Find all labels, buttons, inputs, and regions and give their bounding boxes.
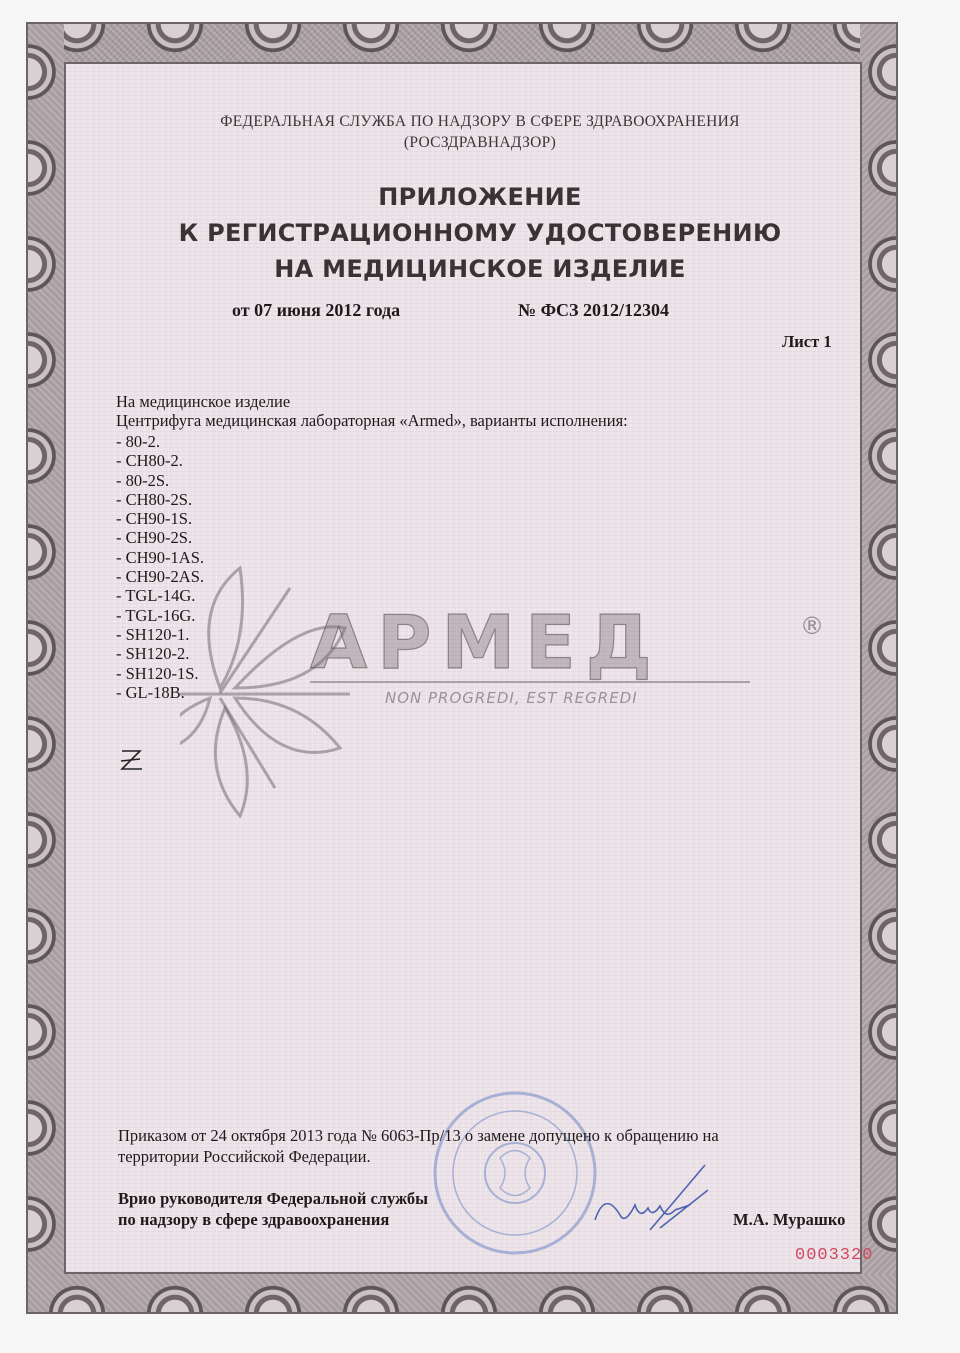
device-description: Центрифуга медицинская лабораторная «Arm… <box>116 411 628 431</box>
variant-item: - CH90-1AS. <box>116 548 204 567</box>
document-title-line2: К РЕГИСТРАЦИОННОМУ УДОСТОВЕРЕНИЮ <box>0 219 960 247</box>
signer-name: М.А. Мурашко <box>733 1210 845 1230</box>
handwritten-mark-icon <box>118 745 148 775</box>
variant-item: - TGL-16G. <box>116 606 204 625</box>
signer-title-line1: Врио руководителя Федеральной службы <box>118 1189 428 1209</box>
agency-name: ФЕДЕРАЛЬНАЯ СЛУЖБА ПО НАДЗОРУ В СФЕРЕ ЗД… <box>0 113 960 131</box>
variant-item: - 80-2S. <box>116 471 204 490</box>
ornamental-border-left <box>28 24 64 1312</box>
variant-item: - TGL-14G. <box>116 586 204 605</box>
registration-number: № ФСЗ 2012/12304 <box>518 300 669 321</box>
ornamental-border-right <box>860 24 896 1312</box>
order-text-line2: территории Российской Федерации. <box>118 1147 371 1167</box>
signer-title-line2: по надзору в сфере здравоохранения <box>118 1210 389 1230</box>
watermark-motto: NON PROGREDI, EST REGREDI <box>385 689 638 707</box>
order-text-line1: Приказом от 24 октября 2013 года № 6063-… <box>118 1126 719 1146</box>
registered-trademark-icon: ® <box>800 612 824 640</box>
official-seal-stamp-icon <box>430 1088 600 1258</box>
signature-icon <box>590 1160 710 1240</box>
variant-item: - 80-2. <box>116 432 204 451</box>
variant-item: - CH80-2S. <box>116 490 204 509</box>
armed-watermark-brand: АРМЕД <box>310 600 662 686</box>
issue-date: от 07 июня 2012 года <box>232 300 400 321</box>
sheet-number: Лист 1 <box>782 332 832 352</box>
variant-item: - SH120-2. <box>116 644 204 663</box>
ornamental-border-bottom <box>28 1274 896 1312</box>
variant-item: - SH120-1S. <box>116 664 204 683</box>
intro-text: На медицинское изделие <box>116 392 290 412</box>
variant-item: - CH90-1S. <box>116 509 204 528</box>
document-title-line1: ПРИЛОЖЕНИЕ <box>0 183 960 211</box>
variant-item: - GL-18B. <box>116 683 204 702</box>
document-title-line3: НА МЕДИЦИНСКОЕ ИЗДЕЛИЕ <box>0 255 960 283</box>
variant-item: - SH120-1. <box>116 625 204 644</box>
variant-item: - CH80-2. <box>116 451 204 470</box>
variant-item: - CH90-2S. <box>116 528 204 547</box>
watermark-underline <box>310 681 750 683</box>
variants-list: - 80-2. - CH80-2. - 80-2S. - CH80-2S. - … <box>116 432 204 702</box>
agency-abbreviation: (РОСЗДРАВНАДЗОР) <box>0 134 960 152</box>
variant-item: - CH90-2AS. <box>116 567 204 586</box>
serial-number: 0003320 <box>795 1246 873 1265</box>
